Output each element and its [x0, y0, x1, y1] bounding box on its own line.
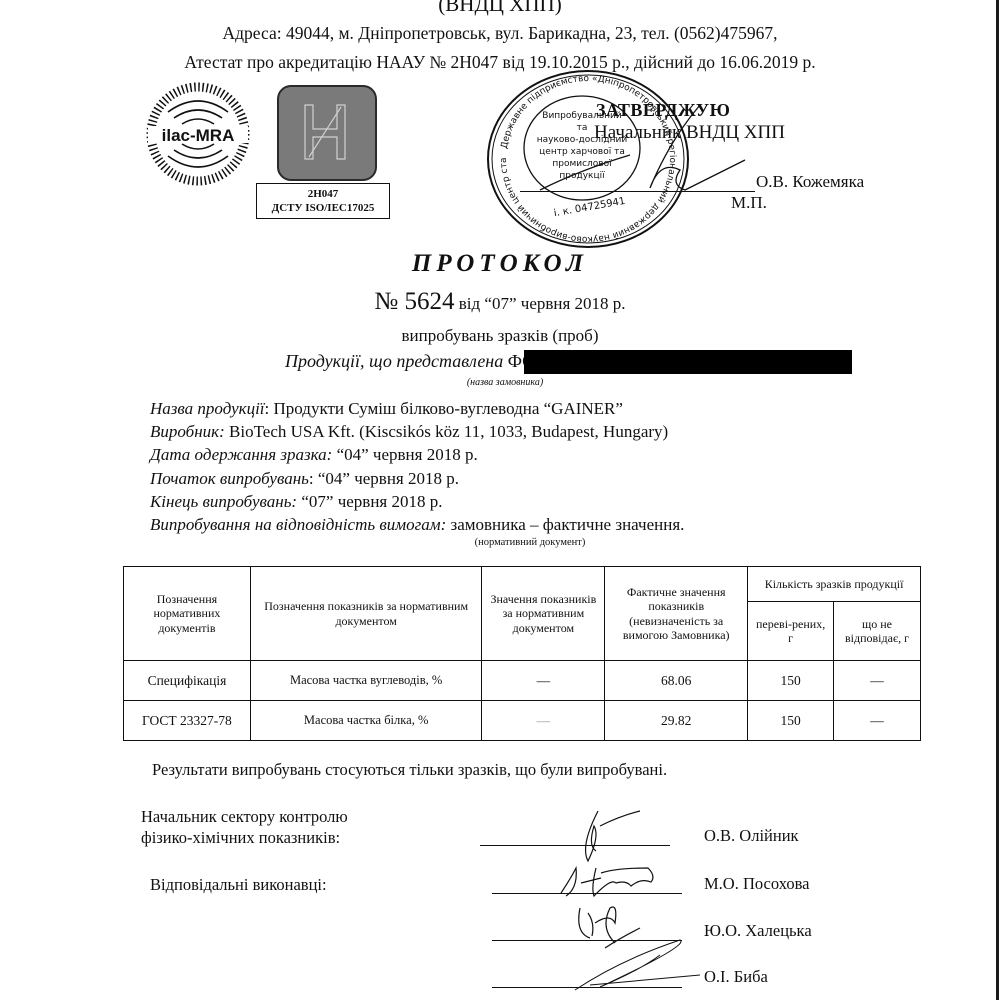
handwritten-signature — [560, 806, 650, 866]
handwritten-signature — [560, 935, 700, 995]
cell-doc: ГОСТ 23327-78 — [124, 701, 251, 741]
norm-doc-note: (нормативний документ) — [455, 537, 605, 548]
product-value: : Продукти Суміш білково-вуглеводна “GAI… — [265, 399, 623, 418]
presented-by-line: Продукції, що представлена ФО — [285, 351, 535, 372]
director-name: О.В. Кожемяка — [756, 172, 864, 192]
header-normative-docs: Позначення нормативних документів — [124, 567, 251, 661]
header-not-compliant: що не відповідає, г — [834, 602, 921, 661]
cell-norm: — — [482, 701, 605, 741]
ilac-mra-logo: ilac-MRA — [146, 82, 250, 186]
head-position-label: Начальник сектору контролю фізико-хімічн… — [141, 806, 348, 848]
manufacturer-label: Виробник: — [150, 422, 225, 441]
head-label-line1: Начальник сектору контролю — [141, 806, 348, 827]
cell-not-compliant: — — [834, 701, 921, 741]
cell-indicator: Масова частка вуглеводів, % — [250, 661, 482, 701]
product-label: Назва продукції — [150, 399, 265, 418]
received-label: Дата одержання зразка: — [150, 445, 332, 464]
cell-norm: — — [482, 661, 605, 701]
start-label: Початок випробувань — [150, 469, 309, 488]
cell-checked: 150 — [748, 701, 834, 741]
executor-name: О.І. Биба — [704, 967, 768, 987]
table-row: ГОСТ 23327-78 Масова частка білка, % — 2… — [124, 701, 921, 741]
table-header-row: Позначення нормативних документів Познач… — [124, 567, 921, 602]
cell-actual: 68.06 — [605, 661, 748, 701]
cell-checked: 150 — [748, 661, 834, 701]
results-table: Позначення нормативних документів Познач… — [123, 566, 921, 741]
executor-name: М.О. Посохова — [704, 874, 809, 894]
protocol-subtitle: випробувань зразків (проб) — [0, 326, 1000, 346]
page-edge — [996, 0, 999, 1000]
client-note: (назва замовника) — [420, 377, 590, 388]
manufacturer-line: Виробник: BioTech USA Kft. (Kiscsikós kö… — [150, 422, 668, 442]
compliance-label: Випробування на відповідність вимогам: — [150, 515, 446, 534]
cell-doc: Специфікація — [124, 661, 251, 701]
presented-label: Продукції, що представлена — [285, 351, 508, 371]
director-signature — [520, 100, 760, 195]
head-name: О.В. Олійник — [704, 826, 799, 846]
header-sample-qty: Кількість зразків продукції — [748, 567, 921, 602]
test-start-line: Початок випробувань: “04” червня 2018 р. — [150, 469, 459, 489]
received-date-line: Дата одержання зразка: “04” червня 2018 … — [150, 445, 478, 465]
naau-standard: ДСТУ ISO/IEC17025 — [257, 201, 389, 215]
cell-indicator: Масова частка білка, % — [250, 701, 482, 741]
naau-accreditation-box: 2Н047 ДСТУ ISO/IEC17025 — [256, 183, 390, 219]
start-value: : “04” червня 2018 р. — [309, 469, 459, 488]
end-label: Кінець випробувань: — [150, 492, 297, 511]
protocol-number: № 5624 — [374, 288, 454, 315]
svg-text:і. к. 04725941: і. к. 04725941 — [553, 195, 626, 219]
seal-mark: М.П. — [731, 193, 767, 213]
redacted-client-name — [524, 350, 852, 374]
cell-actual: 29.82 — [605, 701, 748, 741]
svg-text:ilac-MRA: ilac-MRA — [162, 126, 235, 145]
end-value: “07” червня 2018 р. — [297, 492, 442, 511]
header-indicators: Позначення показників за нормативним док… — [250, 567, 482, 661]
executors-label: Відповідальні виконавці: — [150, 874, 327, 895]
compliance-line: Випробування на відповідність вимогам: з… — [150, 515, 684, 535]
received-value: “04” червня 2018 р. — [332, 445, 477, 464]
handwritten-signature — [556, 858, 666, 903]
naau-logo — [277, 85, 377, 181]
protocol-date: від “07” червня 2018 р. — [455, 294, 626, 313]
product-name-line: Назва продукції: Продукти Суміш білково-… — [150, 399, 623, 419]
org-address: Адреса: 49044, м. Дніпропетровськ, вул. … — [0, 23, 1000, 44]
protocol-title: ПРОТОКОЛ — [0, 250, 1000, 278]
header-checked: переві-рених, г — [748, 602, 834, 661]
table-row: Специфікація Масова частка вуглеводів, %… — [124, 661, 921, 701]
cell-not-compliant: — — [834, 661, 921, 701]
header-actual-values: Фактичне значення показників (невизначен… — [605, 567, 748, 661]
header-norm-values: Значення показників за нормативним докум… — [482, 567, 605, 661]
compliance-value: замовника – фактичне значення. — [446, 515, 684, 534]
manufacturer-value: BioTech USA Kft. (Kiscsikós köz 11, 1033… — [225, 422, 668, 441]
results-note: Результати випробувань стосуються тільки… — [152, 760, 667, 780]
head-label-line2: фізико-хімічних показників: — [141, 827, 348, 848]
executor-name: Ю.О. Халецька — [704, 921, 812, 941]
protocol-number-line: № 5624 від “07” червня 2018 р. — [0, 288, 1000, 316]
naau-code: 2Н047 — [257, 187, 389, 201]
test-end-line: Кінець випробувань: “07” червня 2018 р. — [150, 492, 443, 512]
org-short-name: (ВНДЦ ХПП) — [0, 0, 1000, 17]
